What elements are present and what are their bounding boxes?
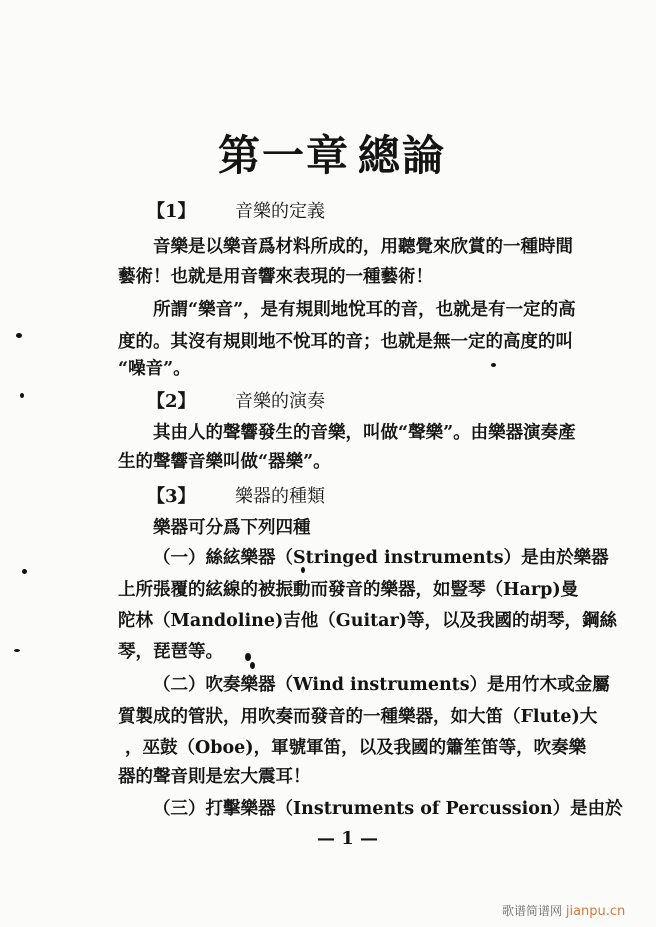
section-number-3: 【3】	[147, 485, 235, 509]
chapter-title: 第一章總論	[218, 128, 498, 184]
paragraph-line: 藝術！也就是用音響來表現的一種藝術！	[118, 265, 433, 289]
section-title-1: 音樂的定義	[235, 201, 325, 222]
scanned-page: 第一章總論 【1】音樂的定義 音樂是以樂音爲材料所成的，用聽覺來欣賞的一種時間 …	[0, 0, 656, 927]
paragraph-line: 所謂“樂音”，是有規則地悅耳的音，也就是有一定的高	[153, 298, 576, 322]
scan-speck	[22, 569, 27, 574]
scan-speck	[301, 567, 305, 573]
scan-speck	[491, 363, 496, 367]
section-title-3: 樂器的種類	[235, 486, 325, 507]
paragraph-line: 其由人的聲響發生的音樂，叫做“聲樂”。由樂器演奏產	[153, 421, 576, 445]
chapter-name: 總論	[358, 128, 446, 184]
section-title-2: 音樂的演奏	[235, 391, 325, 412]
paragraph-line: 音樂是以樂音爲材料所成的，用聽覺來欣賞的一種時間	[153, 235, 573, 259]
watermark: 歌谱简谱网 jianpu.cn	[502, 902, 625, 919]
paragraph-line: （三）打擊樂器（Instruments of Percussion）是由於	[153, 797, 623, 821]
paragraph-line: 陀林（Mandoline)吉他（Guitar)等，以及我國的胡琴，鋼絲	[118, 609, 617, 633]
scan-speck	[250, 662, 255, 669]
paragraph-line: （二）吹奏樂器（Wind instruments）是用竹木或金屬	[153, 673, 610, 697]
paragraph-line: 琴，琵琶等。	[118, 640, 223, 664]
paragraph-line: 器的聲音則是宏大震耳！	[118, 765, 311, 789]
paragraph-line: “噪音”。	[118, 357, 191, 381]
section-number-1: 【1】	[147, 200, 235, 224]
paragraph-line: 上所張覆的絃線的被振動而發音的樂器，如豎琴（Harp)曼	[118, 578, 578, 602]
section-heading-2: 【2】音樂的演奏	[147, 390, 325, 414]
scan-speck	[20, 393, 24, 398]
paragraph-line: （一）絲絃樂器（Stringed instruments）是由於樂器	[153, 546, 609, 570]
paragraph-line: 樂器可分爲下列四種	[153, 516, 311, 540]
paragraph-line: ，巫鼓（Oboe)，軍號軍笛，以及我國的簫笙笛等，吹奏樂	[125, 736, 586, 760]
section-heading-3: 【3】樂器的種類	[147, 485, 325, 509]
paragraph-line: 度的。其沒有規則地不悅耳的音；也就是無一定的高度的叫	[118, 330, 573, 354]
section-heading-1: 【1】音樂的定義	[147, 200, 325, 224]
chapter-number: 第一章	[218, 128, 358, 184]
section-number-2: 【2】	[147, 390, 235, 414]
paragraph-line: 質製成的管狀，用吹奏而發音的一種樂器，如大笛（Flute)大	[118, 705, 597, 729]
watermark-site-name: 歌谱简谱网	[502, 904, 562, 918]
watermark-domain: jianpu.cn	[566, 904, 625, 919]
scan-speck	[16, 333, 22, 338]
paragraph-line: 生的聲響音樂叫做“器樂”。	[118, 450, 331, 474]
scan-speck	[14, 649, 20, 652]
page-number: — 1 —	[317, 828, 378, 849]
scan-speck	[245, 653, 251, 661]
